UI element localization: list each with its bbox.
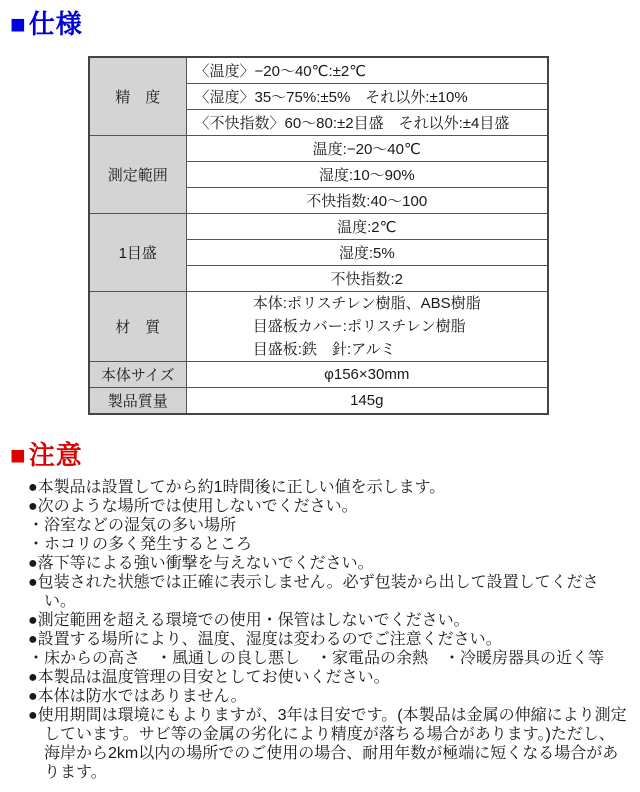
caution-notes-list: ●本製品は設置してから約1時間後に正しい値を示します。 ●次のような場所では使用… — [28, 478, 630, 782]
spec-value-graduation-discomfort-index: 不快指数:2 — [186, 265, 548, 291]
red-square-marker-icon: ■ — [10, 440, 27, 470]
table-row: 材 質 本体:ポリスチレン樹脂、ABS樹脂 目盛板カバー:ポリスチレン樹脂 目盛… — [89, 291, 548, 361]
spec-value-range-discomfort-index: 不快指数:40〜100 — [186, 187, 548, 213]
spec-value-graduation-humidity: 湿度:5% — [186, 239, 548, 265]
spec-value-accuracy-discomfort-index: 〈不快指数〉60〜80:±2目盛 それ以外:±4目盛 — [186, 109, 548, 135]
table-row: 製品質量 145g — [89, 387, 548, 414]
blue-square-marker-icon: ■ — [10, 9, 27, 39]
table-row: 1目盛 温度:2℃ — [89, 213, 548, 239]
spec-value-material: 本体:ポリスチレン樹脂、ABS樹脂 目盛板カバー:ポリスチレン樹脂 目盛板:鉄 … — [186, 291, 548, 361]
spec-label-one-graduation: 1目盛 — [89, 213, 186, 291]
caution-section-title-text: 注意 — [29, 440, 83, 470]
spec-value-accuracy-temperature: 〈温度〉−20〜40℃:±2℃ — [186, 57, 548, 84]
spec-value-product-weight: 145g — [186, 387, 548, 414]
caution-note: ●次のような場所では使用しないでください。 — [28, 497, 630, 516]
caution-note: ・浴室などの湿気の多い場所 — [28, 516, 630, 535]
caution-note: ●本製品は設置してから約1時間後に正しい値を示します。 — [28, 478, 630, 497]
spec-value-accuracy-humidity: 〈湿度〉35〜75%:±5% それ以外:±10% — [186, 83, 548, 109]
material-lines-block: 本体:ポリスチレン樹脂、ABS樹脂 目盛板カバー:ポリスチレン樹脂 目盛板:鉄 … — [253, 292, 481, 361]
material-line-body: 本体:ポリスチレン樹脂、ABS樹脂 — [253, 292, 481, 315]
spec-label-product-weight: 製品質量 — [89, 387, 186, 414]
spec-sheet-page: ■仕様 精 度 〈温度〉−20〜40℃:±2℃ 〈湿度〉35〜75%:±5% そ… — [0, 0, 640, 792]
spec-value-range-temperature: 温度:−20〜40℃ — [186, 135, 548, 161]
spec-value-range-humidity: 湿度:10〜90% — [186, 161, 548, 187]
spec-label-measuring-range: 測定範囲 — [89, 135, 186, 213]
spec-value-graduation-temperature: 温度:2℃ — [186, 213, 548, 239]
caution-note: ●包装された状態では正確に表示しません。必ず包装から出して設置してください。 — [28, 573, 630, 611]
caution-note: ●測定範囲を超える環境での使用・保管はしないでください。 — [28, 611, 630, 630]
spec-section-title-text: 仕様 — [29, 9, 83, 39]
spec-table: 精 度 〈温度〉−20〜40℃:±2℃ 〈湿度〉35〜75%:±5% それ以外:… — [88, 56, 549, 415]
caution-note: ●落下等による強い衝撃を与えないでください。 — [28, 554, 630, 573]
material-line-dial-needle: 目盛板:鉄 針:アルミ — [253, 338, 481, 361]
table-row: 精 度 〈温度〉−20〜40℃:±2℃ — [89, 57, 548, 84]
spec-section-heading: ■仕様 — [0, 0, 640, 39]
caution-note: ●本製品は温度管理の目安としてお使いください。 — [28, 668, 630, 687]
caution-section-heading: ■注意 — [0, 415, 640, 470]
caution-note: ・ホコリの多く発生するところ — [28, 535, 630, 554]
table-row: 測定範囲 温度:−20〜40℃ — [89, 135, 548, 161]
caution-note: ・床からの高さ ・風通しの良し悪し ・家電品の余熱 ・冷暖房器具の近く等 — [28, 649, 630, 668]
material-line-dial-cover: 目盛板カバー:ポリスチレン樹脂 — [253, 315, 481, 338]
table-row: 本体サイズ φ156×30mm — [89, 361, 548, 387]
caution-note: ●本体は防水ではありません。 — [28, 687, 630, 706]
caution-note: ●使用期間は環境にもよりますが、3年は目安です。(本製品は金属の伸縮により測定し… — [28, 706, 630, 782]
spec-label-accuracy: 精 度 — [89, 57, 186, 136]
caution-note: ●設置する場所により、温度、湿度は変わるのでご注意ください。 — [28, 630, 630, 649]
spec-value-body-size: φ156×30mm — [186, 361, 548, 387]
spec-label-material: 材 質 — [89, 291, 186, 361]
spec-label-body-size: 本体サイズ — [89, 361, 186, 387]
